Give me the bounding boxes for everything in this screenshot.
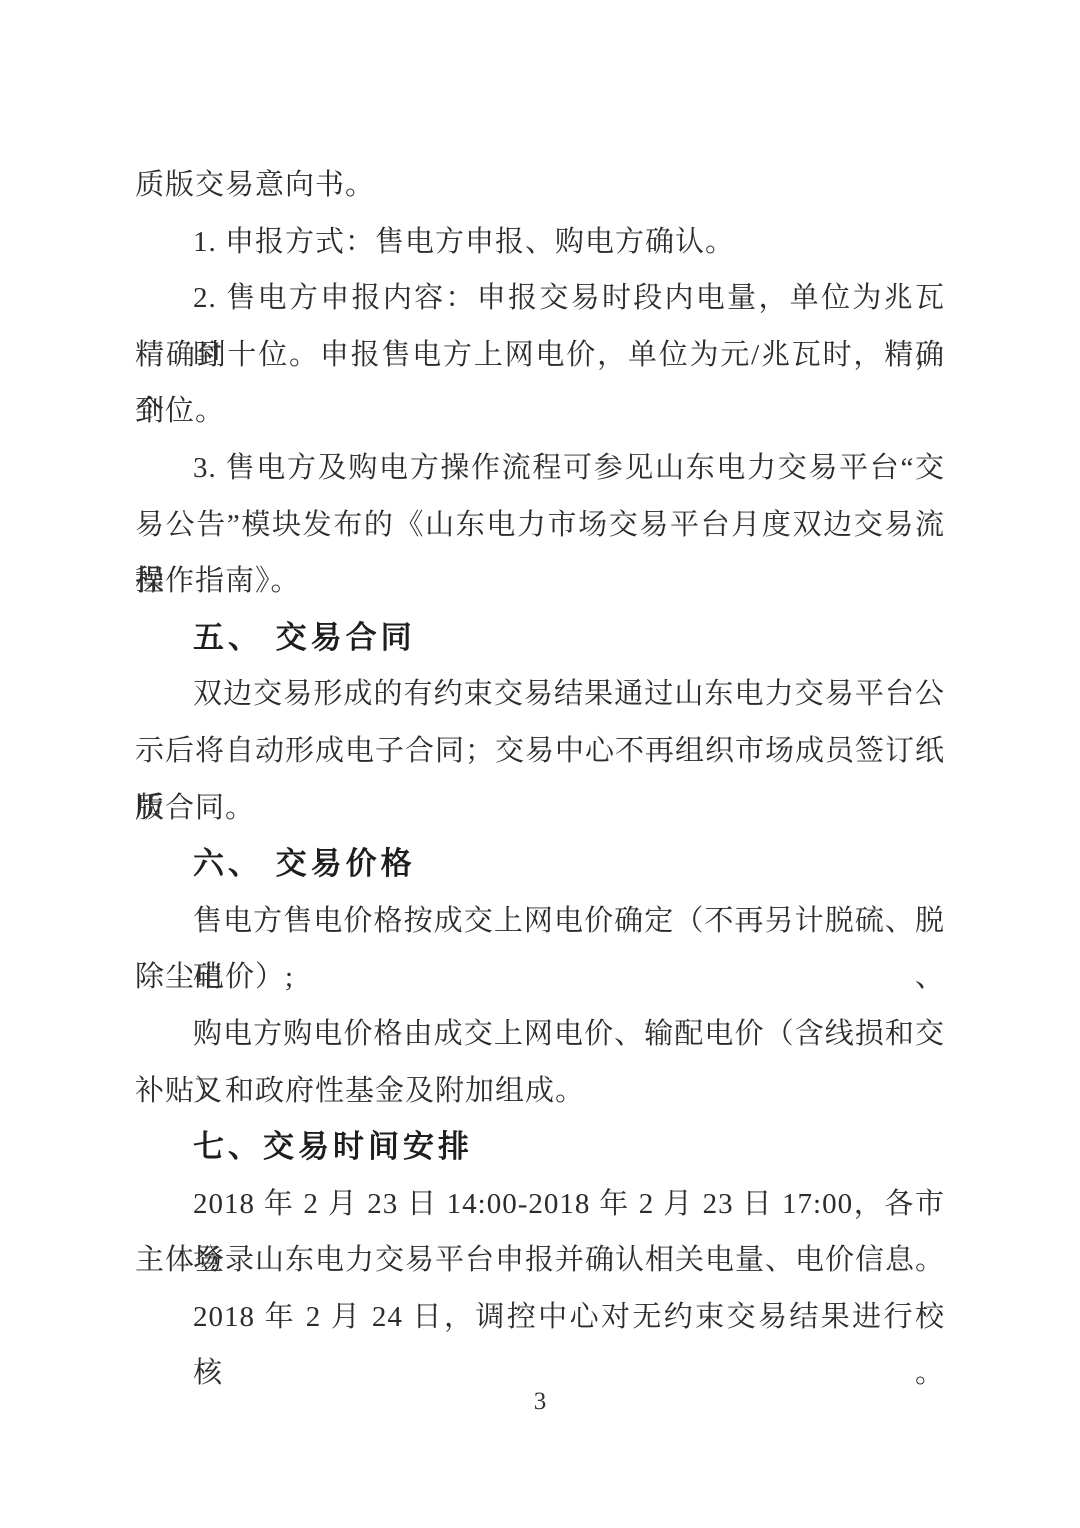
document-body: 质版交易意向书。 1. 申报方式：售电方申报、购电方确认。 2. 售电方申报内容… <box>135 157 945 1345</box>
section-heading-7: 七、交易时间安排 <box>135 1119 945 1176</box>
text-line: 精确到十位。申报售电方上网电价，单位为元/兆瓦时，精确到 <box>135 327 945 384</box>
text-line: 售电方售电价格按成交上网电价确定（不再另计脱硫、脱硝、 <box>135 893 945 950</box>
text-line: 主体登录山东电力交易平台申报并确认相关电量、电价信息。 <box>135 1232 945 1289</box>
text-line: 操作指南》。 <box>135 553 945 610</box>
text-line: 个位。 <box>135 383 945 440</box>
document-page: 质版交易意向书。 1. 申报方式：售电方申报、购电方确认。 2. 售电方申报内容… <box>0 0 1080 1528</box>
section-heading-6: 六、 交易价格 <box>135 836 945 893</box>
text-line: 版合同。 <box>135 780 945 837</box>
text-line-item-2: 2. 售电方申报内容：申报交易时段内电量，单位为兆瓦时， <box>135 270 945 327</box>
text-line: 购电方购电价格由成交上网电价、输配电价（含线损和交叉 <box>135 1006 945 1063</box>
text-line: 易公告”模块发布的《山东电力市场交易平台月度双边交易流程 <box>135 497 945 554</box>
text-line: 双边交易形成的有约束交易结果通过山东电力交易平台公 <box>135 666 945 723</box>
text-line-item-3: 3. 售电方及购电方操作流程可参见山东电力交易平台“交 <box>135 440 945 497</box>
text-line: 2018 年 2 月 24 日，调控中心对无约束交易结果进行校核。 <box>135 1289 945 1346</box>
text-line: 示后将自动形成电子合同；交易中心不再组织市场成员签订纸质 <box>135 723 945 780</box>
section-heading-5: 五、 交易合同 <box>135 610 945 667</box>
text-line: 质版交易意向书。 <box>135 157 945 214</box>
page-number: 3 <box>0 1388 1080 1416</box>
text-line: 2018 年 2 月 23 日 14:00-2018 年 2 月 23 日 17… <box>135 1176 945 1233</box>
text-line: 补贴）和政府性基金及附加组成。 <box>135 1063 945 1120</box>
text-line-item-1: 1. 申报方式：售电方申报、购电方确认。 <box>135 214 945 271</box>
